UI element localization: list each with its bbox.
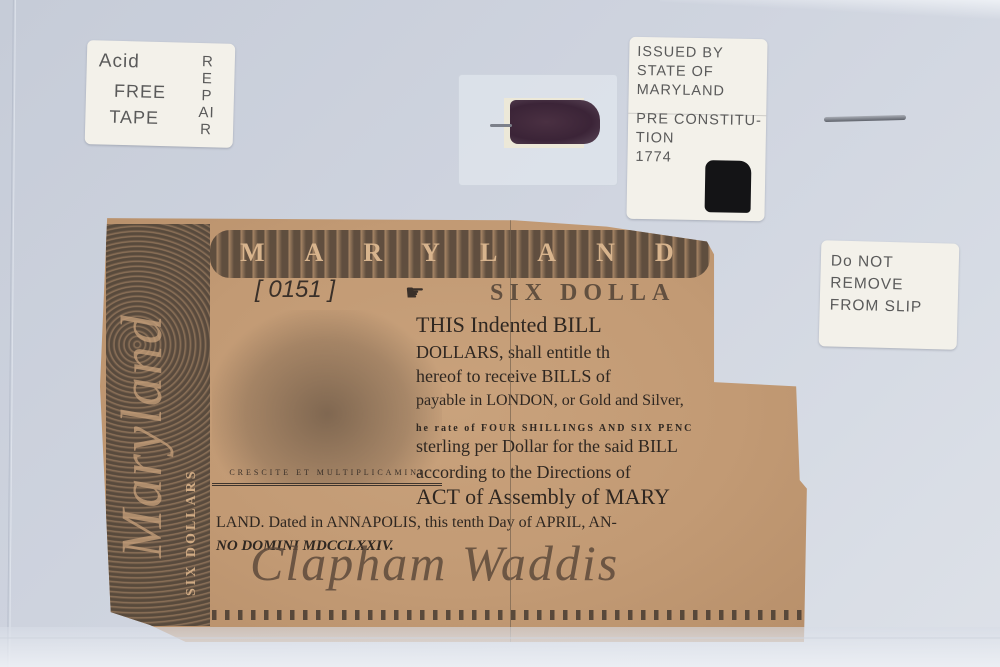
bottom-ornamental-border <box>212 610 802 620</box>
tag-line: PRE CONSTITU- <box>636 110 762 131</box>
ink-swatch <box>510 100 600 144</box>
acid-free-tag: Acid FREE TAPE REPAIR <box>85 40 236 148</box>
signature: Clapham Waddis <box>250 534 810 592</box>
sleeve-bottom <box>0 627 1000 667</box>
tag-vertical-text: REPAIR <box>197 53 217 138</box>
sleeve-glare <box>660 0 1000 20</box>
sleeve-left-edge <box>7 0 16 667</box>
body-line: LAND. Dated in ANNAPOLIS, this tenth Day… <box>216 510 617 535</box>
body-line: hereof to receive BILLS of <box>416 364 611 389</box>
tag-line: FREE <box>114 81 167 103</box>
bracket-open: [ <box>255 276 262 303</box>
denomination: SIX DOLLA <box>490 280 675 307</box>
body-line: payable in LONDON, or Gold and Silver, <box>416 388 684 413</box>
serial-value: 0151 <box>268 276 321 303</box>
emblem-motto: CRESCITE ET MULTIPLICAMINI <box>214 468 440 477</box>
tag-line: TION <box>636 129 762 150</box>
top-border-text: MARYLAND <box>240 238 710 268</box>
serial-number: [ 0151 ] <box>255 276 335 304</box>
left-border-caps: SIX DOLLARS <box>184 296 206 596</box>
banknote: Maryland SIX DOLLARS MARYLAND [ 0151 ] ☛… <box>100 216 814 642</box>
body-line: DOLLARS, shall entitle th <box>416 340 610 365</box>
tag-line: REMOVE <box>830 272 923 296</box>
tag-line: Acid <box>99 50 141 73</box>
pin-icon <box>490 124 512 127</box>
body-line: according to the Directions of <box>416 460 631 485</box>
bracket-close: ] <box>328 276 335 303</box>
pointing-hand-icon: ☛ <box>405 280 425 306</box>
left-border-script: Maryland <box>108 256 178 616</box>
tag-line: STATE OF <box>637 62 763 83</box>
issued-by-tag: ISSUED BY STATE OF MARYLAND PRE CONSTITU… <box>626 37 767 221</box>
body-line: sterling per Dollar for the said BILL <box>416 434 678 459</box>
tag-line: TAPE <box>109 107 159 129</box>
do-not-remove-tag: Do NOT REMOVE FROM SLIP <box>819 240 960 350</box>
staple-icon <box>824 115 906 122</box>
body-line: THIS Indented BILL <box>416 312 602 337</box>
body-line: ACT of Assembly of MARY <box>416 484 670 509</box>
tag-line: MARYLAND <box>636 81 762 102</box>
tag-line: Do NOT <box>831 250 924 274</box>
tag-line: FROM SLIP <box>829 294 922 318</box>
tag-line: ISSUED BY <box>637 43 763 64</box>
tear-line <box>510 216 511 642</box>
ink-blot <box>705 160 752 213</box>
coat-of-arms-emblem <box>212 310 442 486</box>
